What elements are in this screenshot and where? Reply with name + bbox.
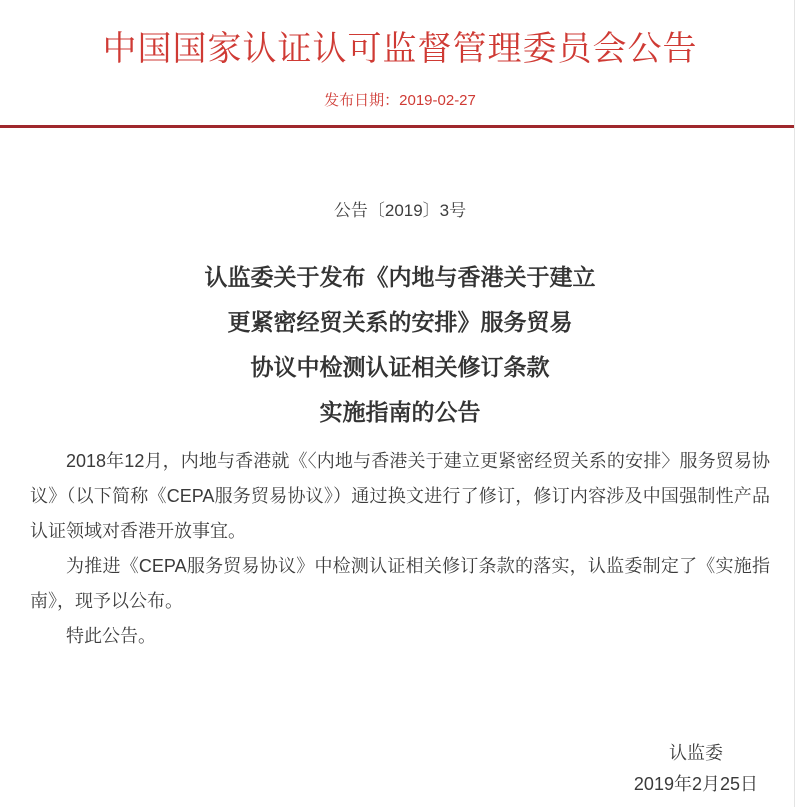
announcement-title-line: 协议中检测认证相关修订条款 (0, 345, 800, 390)
signature-inner: 认监委 2019年2月25日 (634, 738, 758, 800)
signature-date: 2019年2月25日 (634, 769, 758, 800)
page-title: 中国国家认证认可监督管理委员会公告 (0, 0, 800, 73)
signature-block: 认监委 2019年2月25日 (0, 738, 800, 800)
body-paragraph: 为推进《CEPA服务贸易协议》中检测认证相关修订条款的落实，认监委制定了《实施指… (30, 549, 770, 619)
announcement-body: 2018年12月，内地与香港就《〈内地与香港关于建立更紧密经贸关系的安排〉服务贸… (30, 444, 770, 654)
publish-date: 发布日期：2019-02-27 (0, 90, 800, 111)
page-right-border (794, 0, 795, 807)
announcement-title-line: 更紧密经贸关系的安排》服务贸易 (0, 300, 800, 345)
signature-name: 认监委 (634, 738, 758, 769)
publish-date-value: 2019-02-27 (399, 92, 476, 109)
body-paragraph: 2018年12月，内地与香港就《〈内地与香港关于建立更紧密经贸关系的安排〉服务贸… (30, 444, 770, 549)
announcement-title: 认监委关于发布《内地与香港关于建立 更紧密经贸关系的安排》服务贸易 协议中检测认… (0, 255, 800, 435)
announcement-title-line: 认监委关于发布《内地与香港关于建立 (0, 255, 800, 300)
publish-date-label: 发布日期： (324, 92, 399, 109)
body-paragraph: 特此公告。 (30, 619, 770, 654)
red-divider (0, 125, 795, 128)
masthead: 中国国家认证认可监督管理委员会公告 发布日期：2019-02-27 (0, 0, 800, 128)
announcement-title-line: 实施指南的公告 (0, 390, 800, 435)
doc-number: 公告〔2019〕3号 (0, 200, 800, 222)
